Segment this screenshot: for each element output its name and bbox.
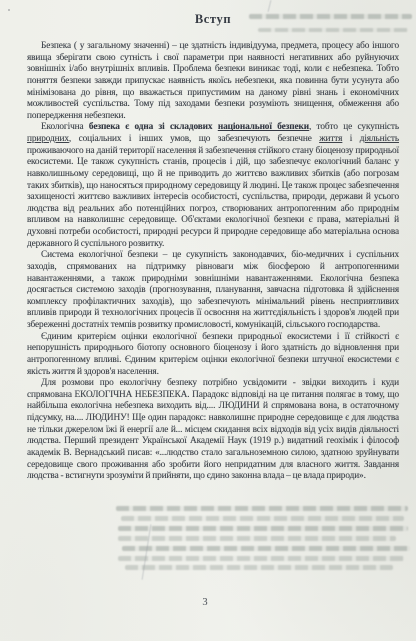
scan-line-artifact bbox=[142, 524, 152, 579]
scan-crease-artifact bbox=[268, 0, 272, 12]
paragraph: Єдиним критерієм оцінки екологічної безп… bbox=[27, 332, 399, 379]
page-number: 3 bbox=[19, 597, 391, 608]
paragraph: Екологічна безпека є одна зі складових н… bbox=[27, 122, 399, 250]
page-title: Вступ bbox=[27, 12, 399, 27]
body-text: Безпека ( у загальному значенні) – це зд… bbox=[27, 41, 399, 483]
paragraph: Безпека ( у загальному значенні) – це зд… bbox=[27, 41, 399, 122]
paragraph: Система екологічної безпеки – це сукупні… bbox=[27, 250, 399, 331]
scan-speck bbox=[8, 9, 10, 11]
paragraph: Для розмови про екологічну безпеку потрі… bbox=[27, 378, 399, 483]
document-page: Вступ Безпека ( у загальному значенні) –… bbox=[0, 0, 416, 641]
